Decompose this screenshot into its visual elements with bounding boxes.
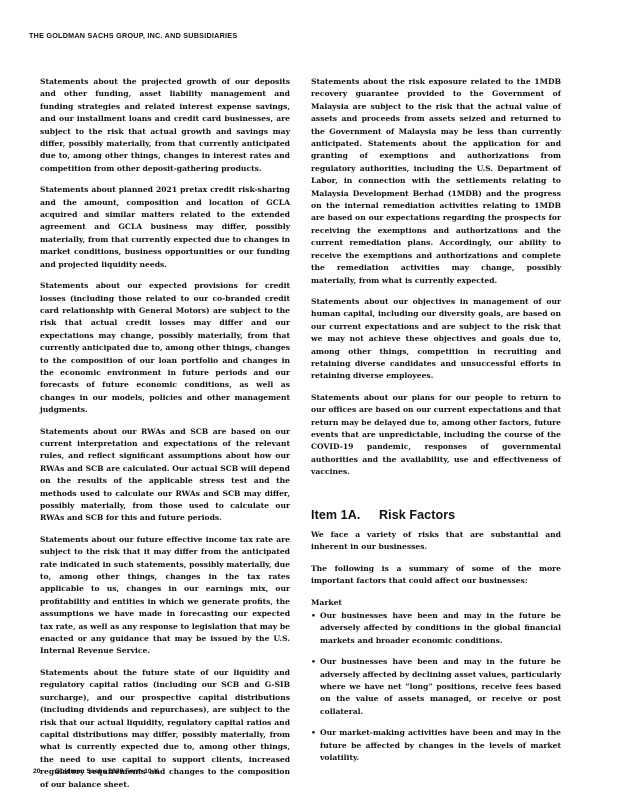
paragraph: Statements about planned 2021 pretax cre… — [40, 184, 290, 271]
paragraph: Statements about our RWAs and SCB are ba… — [40, 426, 290, 525]
item-number: Item 1A. — [311, 509, 379, 521]
bullet-text: Our businesses have been and may in the … — [320, 657, 561, 716]
item-title: Risk Factors — [379, 508, 455, 522]
subheading-market: Market — [311, 597, 561, 609]
publication-title: Goldman Sachs 2020 Form 10-K — [55, 768, 159, 775]
list-item: •Our market-making activities have been … — [311, 727, 561, 764]
bullet-text: Our businesses have been and may in the … — [320, 611, 561, 645]
left-column: Statements about the projected growth of… — [40, 76, 290, 800]
paragraph: Statements about the projected growth of… — [40, 76, 290, 175]
page-footer: 20Goldman Sachs 2020 Form 10-K — [33, 768, 159, 775]
list-item: •Our businesses have been and may in the… — [311, 656, 561, 718]
paragraph: The following is a summary of some of th… — [311, 563, 561, 588]
risk-bullet-list: •Our businesses have been and may in the… — [311, 610, 561, 764]
right-column: Statements about the risk exposure relat… — [311, 76, 561, 774]
bullet-text: Our market-making activities have been a… — [320, 728, 561, 762]
running-header: THE GOLDMAN SACHS GROUP, INC. AND SUBSID… — [29, 31, 237, 40]
page-number: 20 — [33, 768, 55, 775]
bullet-icon: • — [311, 610, 316, 622]
paragraph: Statements about our expected provisions… — [40, 280, 290, 416]
bullet-icon: • — [311, 727, 316, 739]
paragraph: Statements about our future effective in… — [40, 534, 290, 658]
paragraph: We face a variety of risks that are subs… — [311, 529, 561, 554]
paragraph: Statements about our plans for our peopl… — [311, 392, 561, 479]
paragraph: Statements about our objectives in manag… — [311, 296, 561, 383]
section-heading: Item 1A.Risk Factors — [311, 509, 561, 521]
paragraph: Statements about the risk exposure relat… — [311, 76, 561, 287]
bullet-icon: • — [311, 656, 316, 668]
list-item: •Our businesses have been and may in the… — [311, 610, 561, 647]
